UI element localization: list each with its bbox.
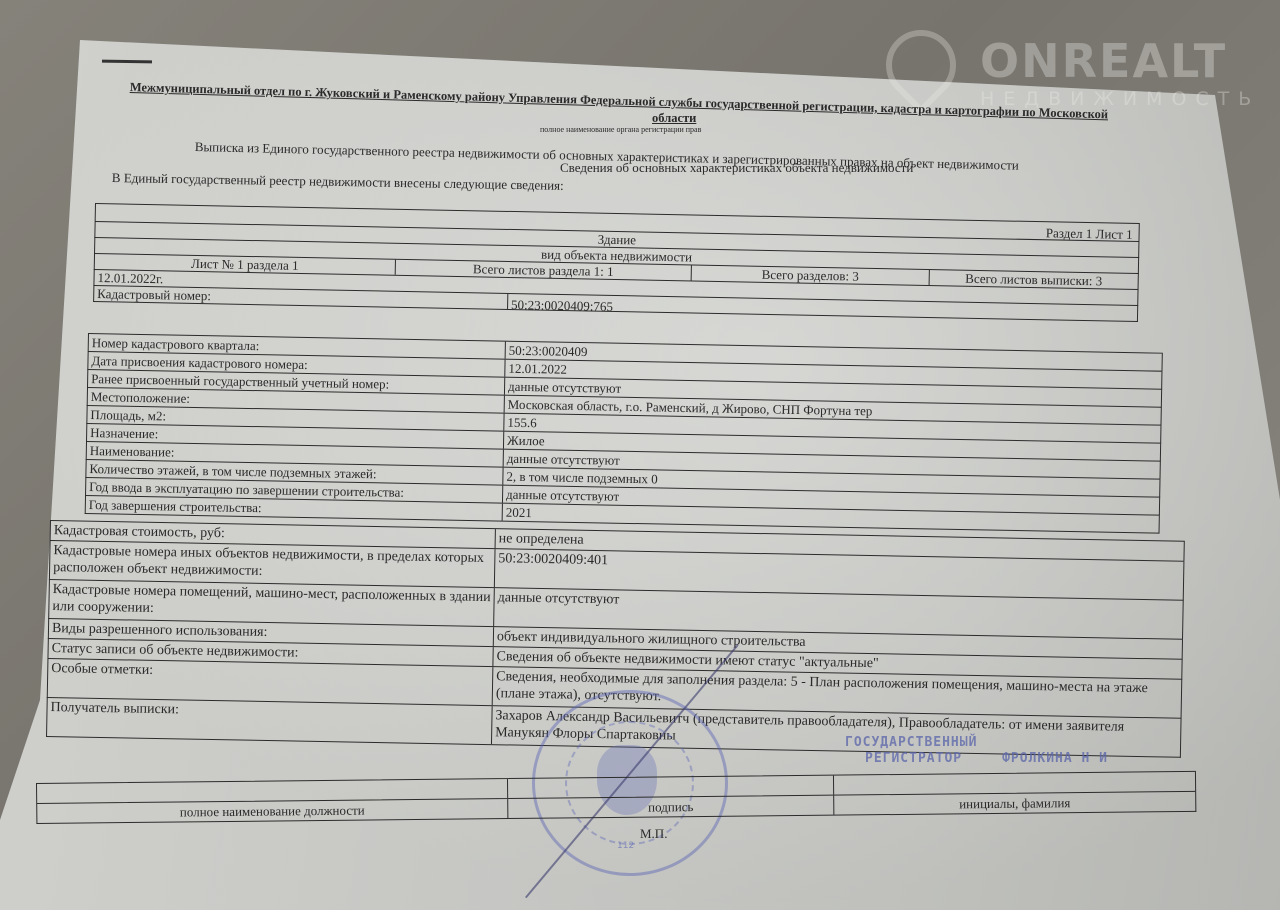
summary-block: Раздел 1 Лист 1 Здание вид объекта недви…: [93, 203, 1140, 322]
seal-number: 112: [617, 841, 634, 851]
signature-caption: подпись: [508, 796, 834, 818]
seal-place-caption: М.П.: [640, 826, 667, 842]
detail-label: Получатель выписки:: [47, 698, 493, 744]
organization-name-cont: области: [652, 111, 696, 126]
name-caption: инициалы, фамилия: [834, 792, 1195, 815]
registrar-stamp: ГОСУДАРСТВЕННЫЙ РЕГИСТРАТОРФРОЛКИНА Н И: [845, 735, 1108, 767]
document-intro: В Единый государственный реестр недвижим…: [112, 170, 564, 194]
signature-blank: [508, 776, 834, 798]
document-subtitle: Сведения об основных характеристиках объ…: [560, 160, 913, 176]
registrar-name: ФРОЛКИНА Н И: [1002, 751, 1108, 766]
signature-table: полное наименование должности подпись ин…: [36, 771, 1196, 824]
organization-caption: полное наименование органа регистрации п…: [540, 125, 701, 134]
details-table: Номер кадастрового квартала:50:23:002040…: [85, 333, 1163, 534]
detail-label: Кадастровые номера помещений, машино-мес…: [49, 580, 495, 626]
organization-name: Межмуниципальный отдел по г. Жуковский и…: [130, 80, 1109, 122]
position-caption: полное наименование должности: [37, 799, 508, 823]
extract-document: Межмуниципальный отдел по г. Жуковский и…: [0, 0, 1280, 910]
name-blank: [834, 772, 1195, 795]
registrar-stamp-line2: РЕГИСТРАТОР: [865, 751, 962, 766]
registrar-stamp-line1: ГОСУДАРСТВЕННЫЙ: [845, 735, 1108, 751]
